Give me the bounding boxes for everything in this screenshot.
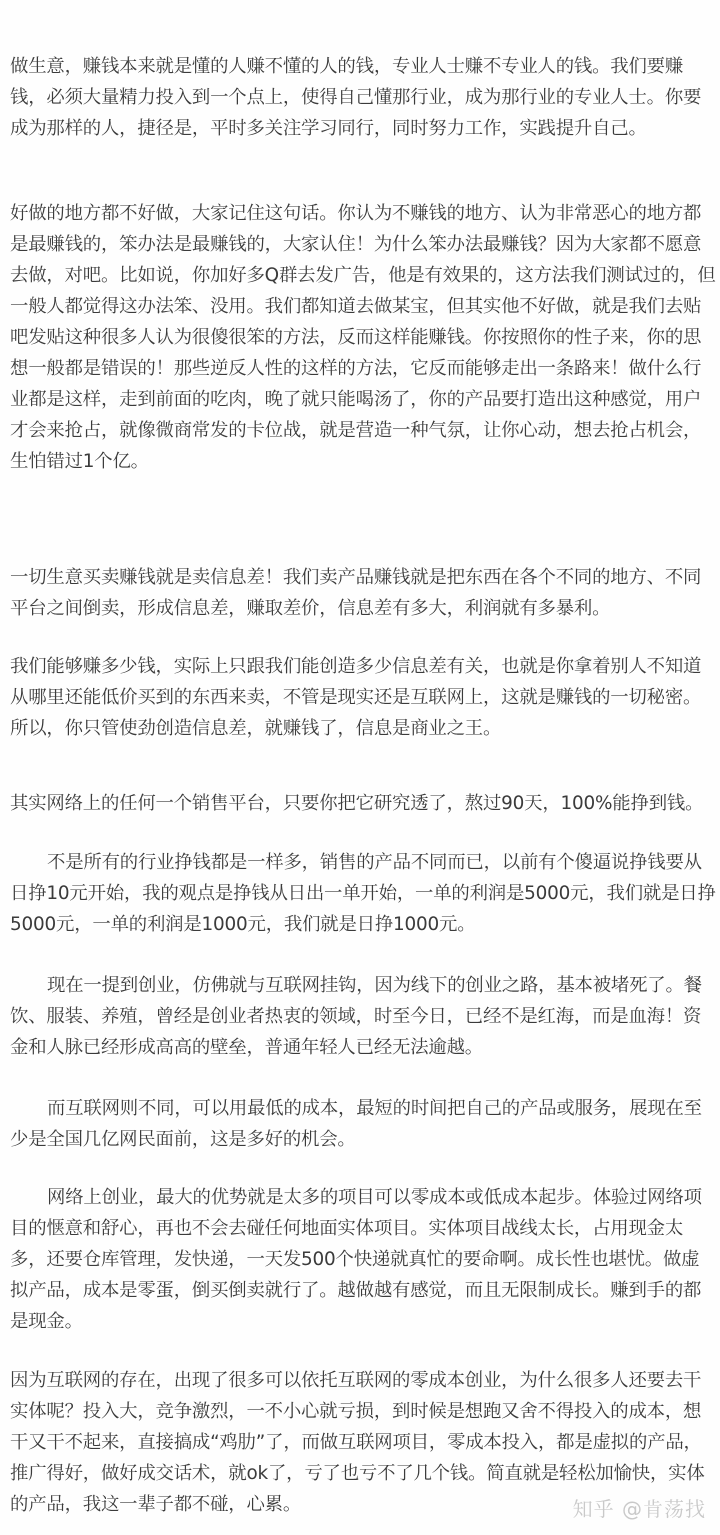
text-line: 去做，对吧。比如说，你加好多Q群去发广告，他是有效果的，这方法我们测试过的，但 <box>10 260 714 291</box>
text-line: 才会来抢占，就像微商常发的卡位战，就是营造一种气氛，让你心动，想去抢占机会， <box>10 415 714 446</box>
text-line: 饮、服装、养殖，曾经是创业者热衷的领域，时至今日，已经不是红海，而是血海！资 <box>10 1001 714 1032</box>
text-line: 5000元，一单的利润是1000元，我们就是日挣1000元。 <box>10 909 714 940</box>
text-line: 因为互联网的存在，出现了很多可以依托互联网的零成本创业，为什么很多人还要去干 <box>10 1365 714 1396</box>
text-line: 推广得好，做好成交话术，就ok了，亏了也亏不了几个钱。简直就是轻松加愉快，实体 <box>10 1458 714 1489</box>
text-line: 拟产品，成本是零蛋，倒买倒卖就行了。越做越有感觉，而且无限制成长。赚到手的都 <box>10 1275 714 1306</box>
paragraph-2: 好做的地方都不好做，大家记住这句话。你认为不赚钱的地方、认为非常恶心的地方都 是… <box>10 198 714 477</box>
text-line: 从哪里还能低价买到的东西来卖，不管是现实还是互联网上，这就是赚钱的一切秘密。 <box>10 682 714 713</box>
text-line: 是现金。 <box>10 1306 714 1337</box>
text-line: 金和人脉已经形成高高的壁垒，普通年轻人已经无法逾越。 <box>10 1032 714 1063</box>
text-line: 一切生意买卖赚钱就是卖信息差！我们卖产品赚钱就是把东西在各个不同的地方、不同 <box>10 562 714 593</box>
zhihu-watermark: 知乎 @肯荡找 <box>573 1495 706 1523</box>
text-line: 是最赚钱的，笨办法是最赚钱的，大家认住！为什么笨办法最赚钱？因为大家都不愿意 <box>10 229 714 260</box>
text-line: 现在一提到创业，仿佛就与互联网挂钩，因为线下的创业之路，基本被堵死了。餐 <box>10 970 714 1001</box>
text-line: 我们能够赚多少钱，实际上只跟我们能创造多少信息差有关，也就是你拿着别人不知道 <box>10 651 714 682</box>
text-line: 而互联网则不同，可以用最低的成本，最短的时间把自己的产品或服务，展现在至 <box>10 1093 714 1124</box>
paragraph-3: 一切生意买卖赚钱就是卖信息差！我们卖产品赚钱就是把东西在各个不同的地方、不同 平… <box>10 562 714 624</box>
text-line: 吧发贴这种很多人认为很傻很笨的方法，反而这样能赚钱。你按照你的性子来，你的思 <box>10 322 714 353</box>
paragraph-4: 我们能够赚多少钱，实际上只跟我们能创造多少信息差有关，也就是你拿着别人不知道 从… <box>10 651 714 744</box>
text-line: 平台之间倒卖，形成信息差，赚取差价，信息差有多大，利润就有多暴利。 <box>10 593 714 624</box>
text-line: 目的惬意和舒心，再也不会去碰任何地面实体项目。实体项目战线太长，占用现金太 <box>10 1213 714 1244</box>
text-line: 生怕错过1个亿。 <box>10 446 714 477</box>
text-line: 实体呢？投入大，竞争激烈，一不小心就亏损，到时候是想跑又舍不得投入的成本，想 <box>10 1396 714 1427</box>
paragraph-1: 做生意，赚钱本来就是懂的人赚不懂的人的钱，专业人士赚不专业人的钱。我们要赚 钱，… <box>10 51 714 144</box>
text-line: 多，还要仓库管理，发快递，一天发500个快递就真忙的要命啊。成长性也堪忧。做虚 <box>10 1244 714 1275</box>
text-line: 想一般都是错误的！那些逆反人性的这样的方法，它反而能够走出一条路来！做什么行 <box>10 353 714 384</box>
text-line: 做生意，赚钱本来就是懂的人赚不懂的人的钱，专业人士赚不专业人的钱。我们要赚 <box>10 51 714 82</box>
text-line: 网络上创业，最大的优势就是太多的项目可以零成本或低成本起步。体验过网络项 <box>10 1182 714 1213</box>
text-line: 一般人都觉得这办法笨、没用。我们都知道去做某宝，但其实他不好做，就是我们去贴 <box>10 291 714 322</box>
paragraph-7: 现在一提到创业，仿佛就与互联网挂钩，因为线下的创业之路，基本被堵死了。餐 饮、服… <box>10 970 714 1063</box>
text-line: 钱，必须大量精力投入到一个点上，使得自己懂那行业，成为那行业的专业人士。你要 <box>10 82 714 113</box>
text-line: 所以，你只管使劲创造信息差，就赚钱了，信息是商业之王。 <box>10 713 714 744</box>
text-line: 业都是这样，走到前面的吃肉，晚了就只能喝汤了，你的产品要打造出这种感觉，用户 <box>10 384 714 415</box>
text-line: 日挣10元开始，我的观点是挣钱从日出一单开始，一单的利润是5000元，我们就是日… <box>10 878 714 909</box>
paragraph-6: 不是所有的行业挣钱都是一样多，销售的产品不同而已，以前有个傻逼说挣钱要从 日挣1… <box>10 847 714 940</box>
text-line: 少是全国几亿网民面前，这是多好的机会。 <box>10 1124 714 1155</box>
article-page: 做生意，赚钱本来就是懂的人赚不懂的人的钱，专业人士赚不专业人的钱。我们要赚 钱，… <box>0 0 720 1535</box>
text-line: 其实网络上的任何一个销售平台，只要你把它研究透了，熬过90天，100%能挣到钱。 <box>10 788 714 819</box>
text-line: 好做的地方都不好做，大家记住这句话。你认为不赚钱的地方、认为非常恶心的地方都 <box>10 198 714 229</box>
text-line: 不是所有的行业挣钱都是一样多，销售的产品不同而已，以前有个傻逼说挣钱要从 <box>10 847 714 878</box>
paragraph-9: 网络上创业，最大的优势就是太多的项目可以零成本或低成本起步。体验过网络项 目的惬… <box>10 1182 714 1337</box>
paragraph-5: 其实网络上的任何一个销售平台，只要你把它研究透了，熬过90天，100%能挣到钱。 <box>10 788 714 819</box>
text-line: 成为那样的人，捷径是，平时多关注学习同行，同时努力工作，实践提升自己。 <box>10 113 714 144</box>
paragraph-8: 而互联网则不同，可以用最低的成本，最短的时间把自己的产品或服务，展现在至 少是全… <box>10 1093 714 1155</box>
text-line: 干又干不起来，直接搞成“鸡肋”了，而做互联网项目，零成本投入，都是虚拟的产品， <box>10 1427 714 1458</box>
